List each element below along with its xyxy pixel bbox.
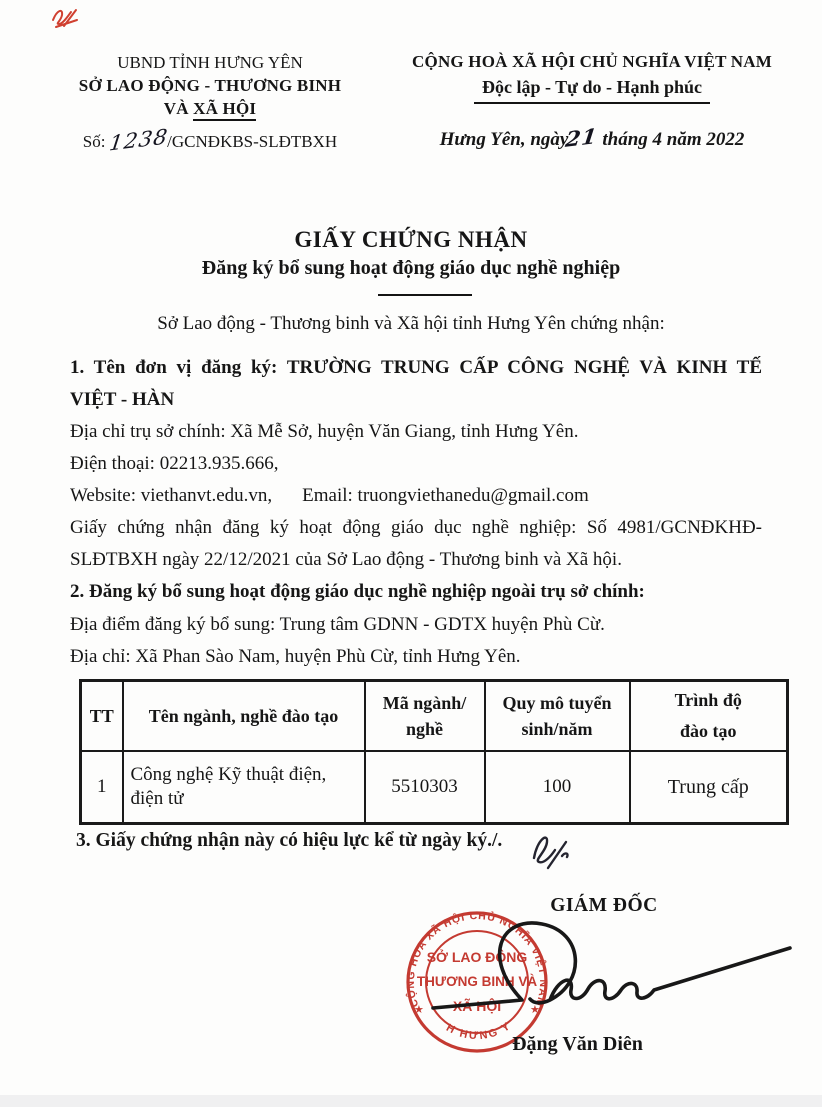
header-cell-ma-nganh: Mã ngành/ nghề <box>365 681 485 752</box>
cell-trinh-do: Trung cấp <box>630 751 788 824</box>
document-number-line: Số: 1238/GCNĐKBS-SLĐTBXH <box>56 126 364 154</box>
table-row: 1 Công nghệ Kỹ thuật điện, điện tử 55103… <box>81 751 788 824</box>
director-signature <box>433 923 790 1008</box>
email-text: Email: truongviethanedu@gmail.com <box>302 485 589 506</box>
validity-statement: 3. Giấy chứng nhận này có hiệu lực kể từ… <box>76 830 676 852</box>
document-subtitle: Đăng ký bổ sung hoạt động giáo dục nghề … <box>0 257 822 280</box>
issue-date-line: Hưng Yên, ngày21 tháng 4 năm 2022 <box>388 125 796 151</box>
header-cell-tt: TT <box>81 681 123 752</box>
cell-ma-nganh: 5510303 <box>365 751 485 824</box>
certifying-statement: Sở Lao động - Thương binh và Xã hội tỉnh… <box>0 313 822 335</box>
issuer-header: UBND TỈNH HƯNG YÊN SỞ LAO ĐỘNG - THƯƠNG … <box>56 52 364 154</box>
cell-quy-mo: 100 <box>485 751 630 824</box>
document-title: GIẤY CHỨNG NHẬN <box>0 227 822 253</box>
cell-nganh: Công nghệ Kỹ thuật điện, điện tử <box>123 751 365 824</box>
issuer-org-line1: SỞ LAO ĐỘNG - THƯƠNG BINH <box>56 75 364 98</box>
signer-name: Đặng Văn Diên <box>495 1033 660 1056</box>
website-email-line: Website: viethanvt.edu.vn,Email: truongv… <box>70 484 762 509</box>
cell-stt: 1 <box>81 751 123 824</box>
handwritten-paraph <box>524 826 576 874</box>
header-cell-trinh-do: Trình độ đào tạo <box>630 681 788 752</box>
certificate-document-page: UBND TỈNH HƯNG YÊN SỞ LAO ĐỘNG - THƯƠNG … <box>0 0 822 1107</box>
stamp-star-left: ★ <box>414 1004 424 1016</box>
hq-address-line: Địa chỉ trụ sở chính: Xã Mễ Sở, huyện Vă… <box>70 420 762 445</box>
national-slogan: Độc lập - Tự do - Hạnh phúc <box>474 75 710 104</box>
supplement-location-line: Địa điểm đăng ký bổ sung: Trung tâm GDNN… <box>70 613 762 638</box>
header-cell-nganh: Tên ngành, nghề đào tạo <box>123 681 365 752</box>
supplement-address-line: Địa chỉ: Xã Phan Sào Nam, huyện Phù Cừ, … <box>70 645 762 670</box>
phone-line: Điện thoại: 02213.935.666, <box>70 452 762 477</box>
website-text: Website: viethanvt.edu.vn, <box>70 485 272 506</box>
section2-heading: 2. Đăng ký bổ sung hoạt động giáo dục ng… <box>70 580 762 605</box>
handwritten-doc-number: 1238 <box>107 122 169 157</box>
scan-edge-shadow <box>0 1095 822 1107</box>
prior-certificate-line1: Giấy chứng nhận đăng ký hoạt động giáo d… <box>70 516 762 541</box>
prior-certificate-line2: SLĐTBXH ngày 22/12/2021 của Sở Lao động … <box>70 548 762 573</box>
unit-name-line2: VIỆT - HÀN <box>70 388 762 413</box>
national-motto: CỘNG HOÀ XÃ HỘI CHỦ NGHĨA VIỆT NAM <box>388 52 796 72</box>
training-programs-table: TT Tên ngành, nghề đào tạo Mã ngành/ ngh… <box>79 679 789 825</box>
issuer-parent-org: UBND TỈNH HƯNG YÊN <box>56 52 364 75</box>
header-cell-quy-mo: Quy mô tuyển sinh/năm <box>485 681 630 752</box>
official-red-stamp: CỘNG HOA XÃ HỘI CHỦ NGHĨA VIỆT NAM TỈNH … <box>370 880 549 1051</box>
underlined-org-text: XÃ HỘI <box>193 99 256 121</box>
issuer-org-line2: VÀ XÃ HỘI <box>56 98 364 121</box>
stamp-center-line1: SỞ LAO ĐỘNG <box>427 948 528 965</box>
stamp-star-right: ★ <box>530 1004 540 1016</box>
table-header-row: TT Tên ngành, nghề đào tạo Mã ngành/ ngh… <box>81 681 788 752</box>
unit-name-line1: 1. Tên đơn vị đăng ký: TRƯỜNG TRUNG CẤP … <box>70 356 762 381</box>
national-header: CỘNG HOÀ XÃ HỘI CHỦ NGHĨA VIỆT NAM Độc l… <box>388 52 796 151</box>
red-pen-mark <box>50 6 80 30</box>
handwritten-day: 21 <box>564 123 599 152</box>
stamp-center-line2: THƯƠNG BINH VÀ <box>417 974 537 989</box>
subtitle-underline <box>378 294 472 296</box>
